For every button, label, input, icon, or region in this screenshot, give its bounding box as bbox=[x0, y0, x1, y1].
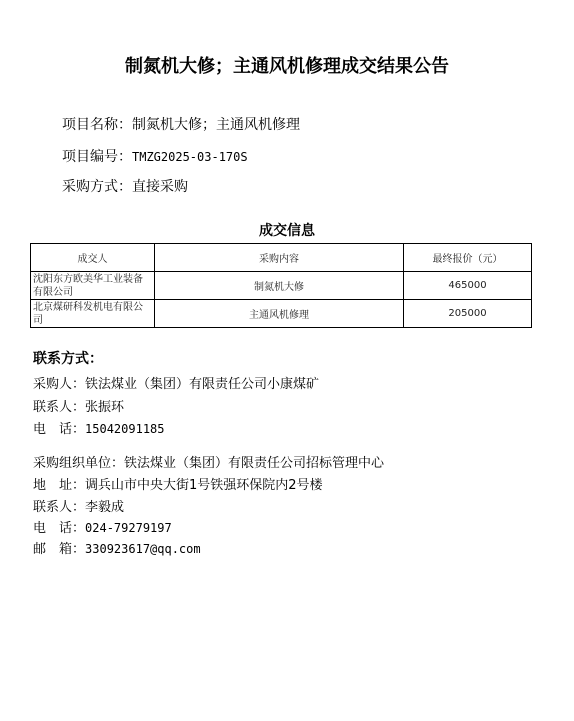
contact-heading: 联系方式： bbox=[33, 348, 103, 368]
project-name-value: 制氮机大修；主通风机修理 bbox=[132, 117, 300, 133]
project-name-line: 项目名称：制氮机大修；主通风机修理 bbox=[62, 114, 300, 134]
column-header-content: 采购内容 bbox=[155, 244, 404, 272]
procurement-method-label: 采购方式： bbox=[62, 179, 132, 195]
agency-line: 采购组织单位：铁法煤业（集团）有限责任公司招标管理中心 bbox=[33, 452, 384, 471]
purchaser-phone-line: 电 话：15042091185 bbox=[33, 418, 165, 437]
winner-cell: 沈阳东方欧美华工业装备有限公司 bbox=[31, 272, 155, 300]
address-label: 地 址： bbox=[33, 478, 85, 493]
price-cell: 465000 bbox=[404, 272, 532, 300]
agency-phone-line: 电 话：024-79279197 bbox=[33, 517, 172, 536]
email-value: 330923617@qq.com bbox=[85, 542, 201, 556]
project-name-label: 项目名称： bbox=[62, 117, 132, 133]
content-cell: 制氮机大修 bbox=[155, 272, 404, 300]
column-header-winner: 成交人 bbox=[31, 244, 155, 272]
project-code-label: 项目编号： bbox=[62, 149, 132, 165]
table-header-row: 成交人 采购内容 最终报价（元） bbox=[31, 244, 532, 272]
purchaser-phone-label: 电 话： bbox=[33, 422, 85, 437]
email-label: 邮 箱： bbox=[33, 542, 85, 557]
agency-label: 采购组织单位： bbox=[33, 456, 124, 471]
procurement-method-value: 直接采购 bbox=[132, 179, 188, 195]
deal-info-table: 成交人 采购内容 最终报价（元） 沈阳东方欧美华工业装备有限公司 制氮机大修 4… bbox=[30, 243, 532, 328]
purchaser-value: 铁法煤业（集团）有限责任公司小康煤矿 bbox=[85, 377, 319, 392]
purchaser-contact-label: 联系人： bbox=[33, 400, 85, 415]
table-row: 沈阳东方欧美华工业装备有限公司 制氮机大修 465000 bbox=[31, 272, 532, 300]
agency-phone-label: 电 话： bbox=[33, 521, 85, 536]
column-header-price: 最终报价（元） bbox=[404, 244, 532, 272]
purchaser-contact-line: 联系人：张振环 bbox=[33, 396, 124, 415]
agency-value: 铁法煤业（集团）有限责任公司招标管理中心 bbox=[124, 456, 384, 471]
project-code-value: TMZG2025-03-170S bbox=[132, 150, 248, 164]
email-line: 邮 箱：330923617@qq.com bbox=[33, 538, 201, 557]
purchaser-line: 采购人：铁法煤业（集团）有限责任公司小康煤矿 bbox=[33, 373, 319, 392]
address-value: 调兵山市中央大街1号铁强环保院内2号楼 bbox=[85, 478, 323, 493]
agency-contact-line: 联系人：李毅成 bbox=[33, 496, 124, 515]
purchaser-label: 采购人： bbox=[33, 377, 85, 392]
deal-info-heading: 成交信息 bbox=[0, 220, 574, 240]
price-cell: 205000 bbox=[404, 300, 532, 328]
winner-cell: 北京煤研科发机电有限公司 bbox=[31, 300, 155, 328]
agency-contact-value: 李毅成 bbox=[85, 500, 124, 515]
agency-phone-value: 024-79279197 bbox=[85, 521, 172, 535]
page-title: 制氮机大修；主通风机修理成交结果公告 bbox=[0, 52, 574, 78]
procurement-method-line: 采购方式：直接采购 bbox=[62, 176, 188, 196]
purchaser-contact-value: 张振环 bbox=[85, 400, 124, 415]
content-cell: 主通风机修理 bbox=[155, 300, 404, 328]
purchaser-phone-value: 15042091185 bbox=[85, 422, 164, 436]
address-line: 地 址：调兵山市中央大街1号铁强环保院内2号楼 bbox=[33, 474, 323, 493]
project-code-line: 项目编号：TMZG2025-03-170S bbox=[62, 146, 248, 166]
table-row: 北京煤研科发机电有限公司 主通风机修理 205000 bbox=[31, 300, 532, 328]
agency-contact-label: 联系人： bbox=[33, 500, 85, 515]
